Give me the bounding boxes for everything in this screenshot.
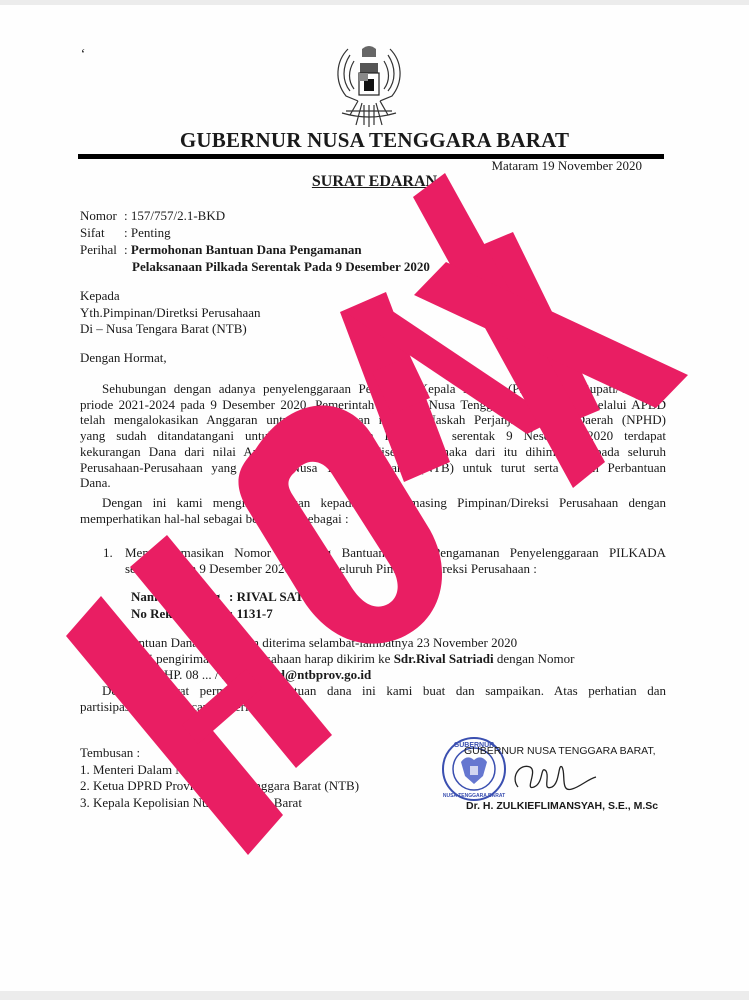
paragraph-line: telah mengalokasikan Anggaran untuk peng… — [80, 412, 666, 428]
proof-line-pre: Bukti pengiriman dari Perusahaan harap d… — [124, 651, 394, 666]
stray-mark: ‘ — [80, 47, 85, 63]
instructions-block: Bantuan Dana diharapkan diterima selamba… — [124, 635, 575, 684]
cc-item: 2. Ketua DPRD Provinsi Nusa Tenggara Bar… — [80, 778, 359, 795]
letter-meta: Nomor: 157/757/2.1-BKD Sifat: Penting Pe… — [80, 207, 430, 275]
sifat-value: : Penting — [124, 225, 171, 240]
meta-perihal-cont: Pelaksanaan Pilkada Serentak Pada 9 Dese… — [80, 258, 430, 275]
cc-item: 1. Menteri Dalam Negeri — [80, 762, 359, 779]
closing-paragraph: Demikian surat permohonan bantuan dana i… — [80, 683, 666, 714]
recipient-line-2: Yth.Pimpinan/Diretksi Perusahaan — [80, 305, 261, 322]
contact-line-pre: HP. 08 ... / Email: — [164, 667, 260, 682]
garuda-emblem-icon — [328, 41, 410, 129]
account-number-label: No Rekening — [131, 606, 229, 623]
item-1-number: 1. — [103, 545, 113, 561]
paragraph-line: partisipasinya kami ucapkan terima kasih… — [80, 699, 666, 715]
paragraph-line: priode 2021-2024 pada 9 Desember 2020. P… — [80, 397, 666, 413]
body-paragraph-1: Sehubungan dengan adanya penyelenggaraan… — [80, 381, 666, 491]
proof-line: Bukti pengiriman dari Perusahaan harap d… — [124, 651, 575, 667]
cc-item: 3. Kepala Kepolisian Nusa Tenggara Barat — [80, 795, 359, 812]
perihal-label: Perihal — [80, 241, 124, 258]
contact-line: HP. 08 ... / Email: ppid@ntbprov.go.id — [124, 667, 575, 683]
paragraph-line: kekurangan Dana dari nilai Anggaran yang… — [80, 444, 666, 460]
letter-page: ‘ GUBERNUR NUSA TENGGARA BARAT Mataram 1… — [0, 5, 749, 991]
perihal-sep: : — [124, 242, 131, 257]
header-title: GUBERNUR NUSA TENGGARA BARAT — [0, 128, 749, 153]
recipient-block: Kepada Yth.Pimpinan/Diretksi Perusahaan … — [80, 288, 261, 338]
account-block: Nama Rekening: RIVAL SATRIADI No Rekenin… — [131, 589, 342, 622]
perihal-line-1: Permohonan Bantuan Dana Pengamanan — [131, 242, 362, 257]
paragraph-line: Demikian surat permohonan bantuan dana i… — [80, 683, 666, 699]
account-name-label: Nama Rekening — [131, 589, 229, 606]
paragraph-line: Menginformasikan Nomor Rekening Bantuan … — [125, 545, 666, 561]
paragraph-line: memperhatikan hal-hal sebagai berikut in… — [80, 511, 666, 527]
paragraph-line: Sehubungan dengan adanya penyelenggaraan… — [80, 381, 666, 397]
document-title: SURAT EDARAN — [0, 173, 749, 191]
meta-perihal: Perihal: Permohonan Bantuan Dana Pengama… — [80, 241, 430, 258]
paragraph-line: yang sudah ditandatangani untuk penyelen… — [80, 428, 666, 444]
salutation: Dengan Hormat, — [80, 350, 167, 366]
perihal-line-2: Pelaksanaan Pilkada Serentak Pada 9 Dese… — [132, 259, 430, 274]
proof-name: Sdr.Rival Satriadi — [394, 651, 494, 666]
account-number-row: No Rekening: 1131-7 — [131, 606, 342, 623]
stamp-bottom-text: NUSA TENGGARA BARAT — [443, 793, 505, 799]
signature-title: GUBERNUR NUSA TENGGARA BARAT, — [464, 745, 656, 757]
document-title-text: SURAT EDARAN — [312, 173, 437, 190]
proof-line-post: dengan Nomor — [494, 651, 575, 666]
paragraph-line: Perusahaan-Perusahaan yang ada di Nusa T… — [80, 460, 666, 476]
recipient-line-3: Di – Nusa Tengara Barat (NTB) — [80, 321, 261, 338]
paragraph-line: Dengan ini kami menginformasikan kepada … — [80, 495, 666, 511]
sifat-label: Sifat — [80, 224, 124, 241]
cc-block: Tembusan : 1. Menteri Dalam Negeri 2. Ke… — [80, 745, 359, 811]
deadline-line: Bantuan Dana diharapkan diterima selamba… — [124, 635, 575, 651]
account-name-row: Nama Rekening: RIVAL SATRIADI — [131, 589, 342, 606]
nomor-value: : 157/757/2.1-BKD — [124, 208, 225, 223]
recipient-line-1: Kepada — [80, 288, 261, 305]
meta-nomor: Nomor: 157/757/2.1-BKD — [80, 207, 430, 224]
body-paragraph-2: Dengan ini kami menginformasikan kepada … — [80, 495, 666, 526]
nomor-label: Nomor — [80, 207, 124, 224]
contact-email: ppid@ntbprov.go.id — [260, 667, 372, 682]
account-number-value: : 1131-7 — [229, 606, 273, 621]
paragraph-line: Dana. — [80, 475, 666, 491]
item-1-text: Menginformasikan Nomor Rekening Bantuan … — [125, 545, 666, 576]
meta-sifat: Sifat: Penting — [80, 224, 430, 241]
place-date: Mataram 19 November 2020 — [491, 158, 642, 174]
cc-title: Tembusan : — [80, 745, 359, 762]
account-name-value: : RIVAL SATRIADI — [229, 589, 342, 604]
paragraph-line: serentak pada 9 Desember 2020 kepada sel… — [125, 561, 666, 577]
handwritten-signature-icon — [500, 757, 600, 799]
signatory-name: Dr. H. ZULKIEFLIMANSYAH, S.E., M.Sc — [466, 800, 658, 812]
